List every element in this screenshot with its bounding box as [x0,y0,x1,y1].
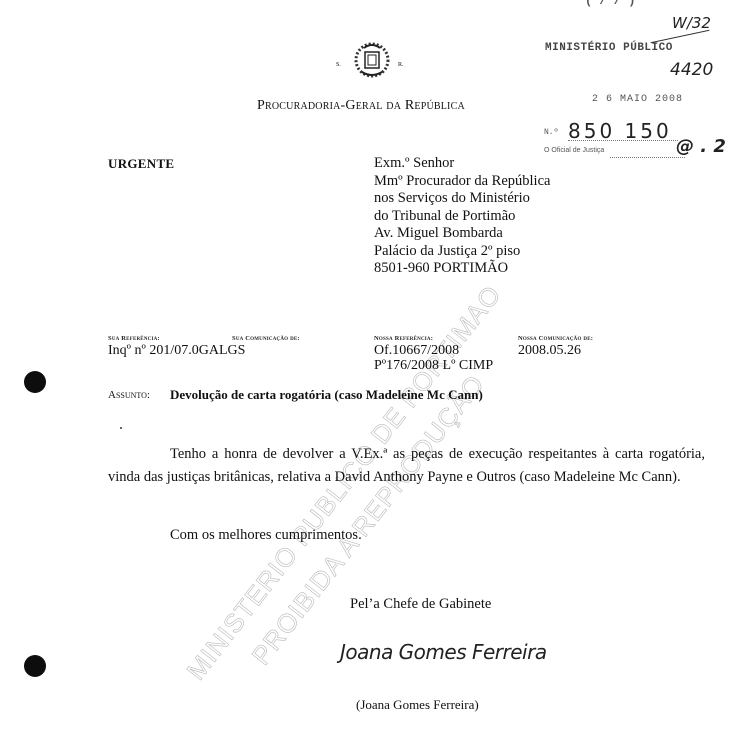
sua-comunicacao-label: Sua Comunicação de: [232,335,300,342]
punch-hole-top [24,371,46,393]
stamp-date: 2 6 MAIO 2008 [592,94,683,105]
body-paragraph: Tenho a honra de devolver a V.Ex.ª as pe… [108,443,705,489]
watermark-line-2: PROIBIDA A REPRODUÇÃO [246,369,492,671]
recipient-line: 8501-960 PORTIMÃO [374,260,550,278]
sua-referencia-value: Inqº nº 201/07.0GALGS [108,343,245,359]
nossa-referencia-value-1: Of.10667/2008 [374,343,459,359]
stamp-entry-label: N.º [544,128,558,137]
stamp-entry-underline [568,140,678,141]
stamp-handwritten-number: 4420 [670,60,713,80]
recipient-line: Av. Miguel Bombarda [374,225,550,243]
recipient-line: nos Serviços do Ministério [374,190,550,208]
recipient-line: Palácio da Justiça 2º piso [374,243,550,261]
signature-on-behalf: Pel’a Chefe de Gabinete [350,596,491,613]
stamp-initials: @ . 2 [676,136,726,157]
recipient-address: Exm.º Senhor Mmº Procurador da República… [374,155,550,278]
stamp-ministry-line: MINISTÉRIO PÚBLICO [545,42,673,54]
stamp-handwritten-ref: W/32 [672,14,711,32]
nossa-referencia-value-2: Pº176/2008 Lº CIMP [374,358,493,374]
signatory-printed-name: (Joana Gomes Ferreira) [356,697,479,713]
stamp-sub-underline [610,157,685,158]
emblem-letter-right: R. [398,62,404,68]
nossa-comunicacao-label: Nossa Comunicação de: [518,335,593,342]
stamp-top-marks: ( / / ) [585,0,635,8]
subject-label: Assunto: [108,389,150,401]
body-paragraph-text: Tenho a honra de devolver a V.Ex.ª as pe… [108,446,705,485]
closing-line: Com os melhores cumprimentos. [170,524,362,547]
stamp-entry-sub: O Oficial de Justiça [544,147,604,154]
coat-of-arms-emblem [352,40,392,80]
punch-hole-bottom [24,655,46,677]
subject-text: Devolução de carta rogatória (caso Madel… [170,387,483,403]
nossa-referencia-label: Nossa Referência: [374,335,433,342]
recipient-line: Mmº Procurador da República [374,173,550,191]
recipient-line: do Tribunal de Portimão [374,208,550,226]
stray-dot [120,427,122,429]
urgency-label: URGENTE [108,156,174,172]
recipient-line: Exm.º Senhor [374,155,550,173]
emblem-letter-left: S. [336,62,341,68]
nossa-comunicacao-value: 2008.05.26 [518,343,581,359]
sua-referencia-label: Sua Referência: [108,335,160,342]
handwritten-signature: Joana Gomes Ferreira [340,640,547,664]
institution-title: Procuradoria-Geral da República [257,98,465,114]
